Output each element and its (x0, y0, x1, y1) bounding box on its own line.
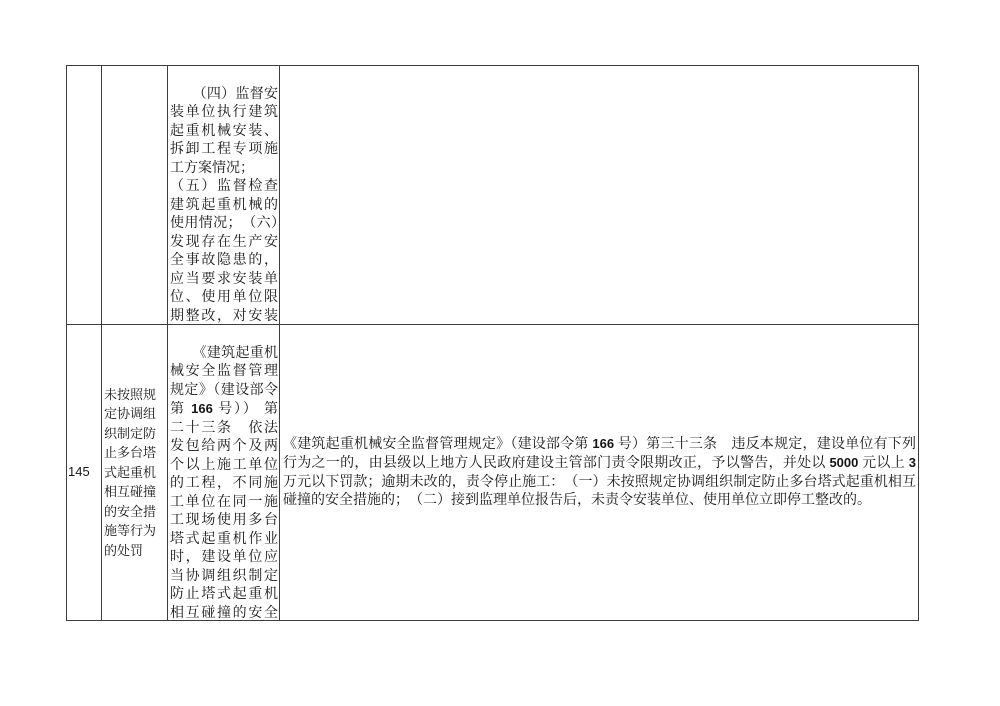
decree-number: 166 (592, 436, 614, 451)
penalty-detail-paragraph: 《建筑起重机械安全监督管理规定》（建设部令第 166 号）第三十三条 违反本规定… (283, 435, 916, 511)
penalty-detail-cell-empty (280, 66, 919, 325)
violation-item-cell-empty (102, 66, 168, 325)
violation-item-cell: 未按照规定协调组织制定防止多台塔式起重机相互碰撞的安全措施等行为的处罚 (102, 325, 168, 621)
row-number-cell: 145 (67, 325, 102, 621)
fine-lower-amount: 5000 (829, 455, 858, 470)
document-page: （四）监督安装单位执行建筑起重机械安装、拆卸工程专项施工方案情况； （五）监督检… (0, 0, 1000, 706)
violation-item-text: 未按照规定协调组织制定防止多台塔式起重机相互碰撞的安全措施等行为的处罚 (104, 385, 167, 561)
row-number-cell-empty (67, 66, 102, 325)
regulation-table: （四）监督安装单位执行建筑起重机械安装、拆卸工程专项施工方案情况； （五）监督检… (66, 65, 919, 621)
legal-basis-cell: 《建筑起重机械安全监督管理规定》（建设部令第 166 号）） 第二十三条 依法发… (168, 325, 280, 621)
legal-basis-text: （四）监督安装单位执行建筑起重机械安装、拆卸工程专项施工方案情况； （五）监督检… (170, 87, 278, 326)
decree-number: 166 (191, 401, 213, 416)
penalty-detail-text-part: 元以上 (858, 456, 908, 471)
row-number: 145 (68, 463, 101, 482)
legal-basis-cell-continued: （四）监督安装单位执行建筑起重机械安装、拆卸工程专项施工方案情况； （五）监督检… (168, 66, 280, 325)
penalty-detail-cell: 《建筑起重机械安全监督管理规定》（建设部令第 166 号）第三十三条 违反本规定… (280, 325, 919, 621)
legal-basis-text-part: 号）） 第二十三条 依法发包给两个及两个以上施工单位的工程，不同施工单位在同一施… (170, 402, 278, 621)
penalty-detail-text-part: 《建筑起重机械安全监督管理规定》（建设部令第 (283, 437, 592, 452)
fine-upper-amount: 3 (909, 455, 916, 470)
